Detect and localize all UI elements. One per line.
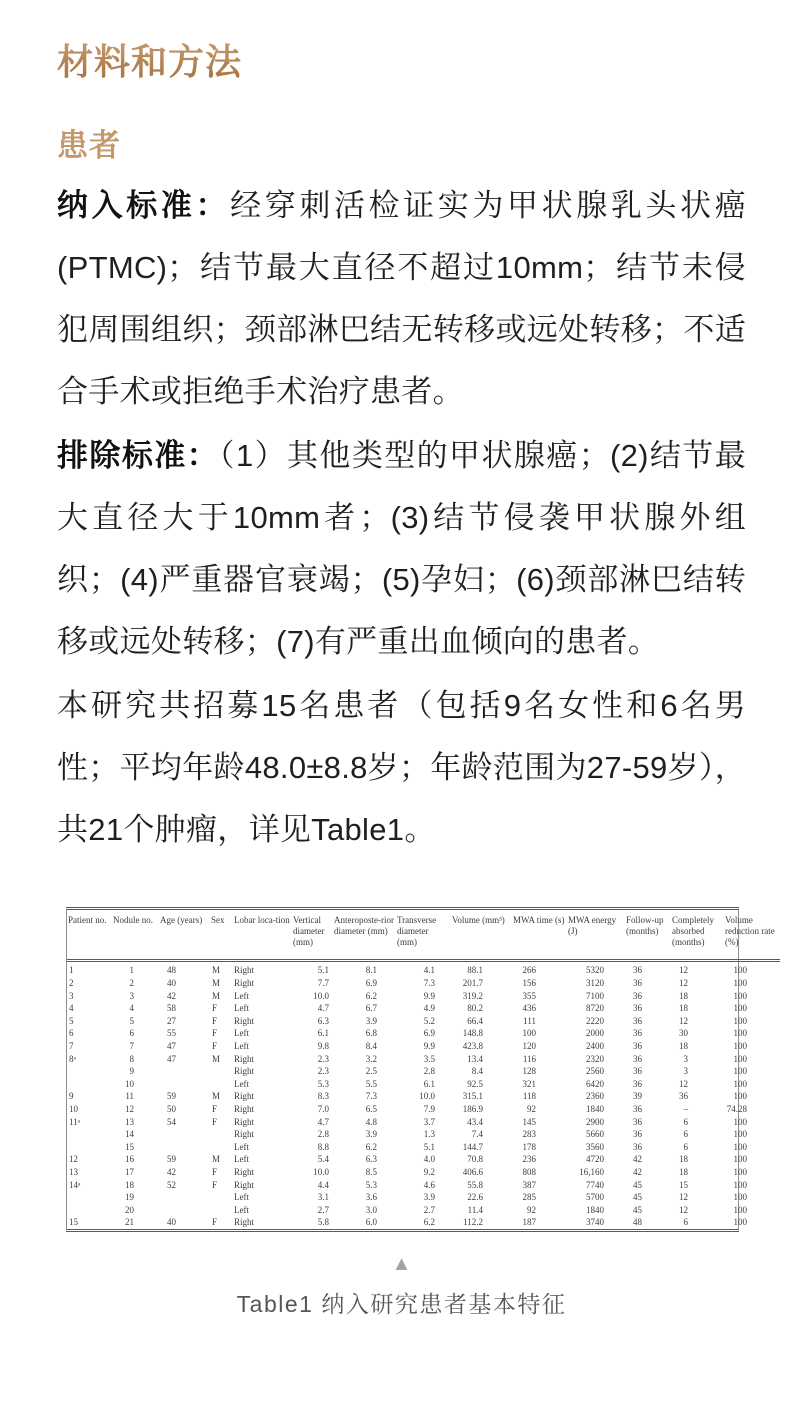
- cell: 5700: [567, 1191, 625, 1204]
- cell: 5.2: [396, 1015, 451, 1028]
- cell: 70.8: [451, 1153, 512, 1166]
- cell: 7.7: [292, 977, 333, 990]
- cell: 10.0: [292, 990, 333, 1003]
- cell: 3.2: [333, 1053, 396, 1066]
- caret-up-icon: ▲: [392, 1253, 412, 1275]
- cell: [67, 1065, 112, 1078]
- cell: 3.6: [333, 1191, 396, 1204]
- cell: 66.4: [451, 1015, 512, 1028]
- cell: 42: [159, 1166, 210, 1179]
- cell: 10.0: [292, 1166, 333, 1179]
- article-page: 材料和方法 患者 纳入标准：经穿刺活检证实为甲状腺乳头状癌(PTMC)；结节最大…: [0, 0, 800, 1319]
- column-header: MWA energy (J): [567, 910, 625, 961]
- cell: 40: [159, 977, 210, 990]
- cell: 7740: [567, 1179, 625, 1192]
- cell: 13: [112, 1116, 159, 1129]
- cell: F: [210, 1116, 233, 1129]
- cell: Right: [233, 1128, 292, 1141]
- cell: 808: [512, 1166, 567, 1179]
- cell: 6.5: [333, 1103, 396, 1116]
- cell: 100: [724, 1078, 780, 1091]
- cell: 3560: [567, 1141, 625, 1154]
- cell: 20: [112, 1204, 159, 1217]
- cell: 3: [67, 990, 112, 1003]
- cell: 42: [159, 990, 210, 1003]
- cell: 100: [724, 1216, 780, 1229]
- cell: 12: [112, 1103, 159, 1116]
- cell: 100: [512, 1027, 567, 1040]
- cell: 45: [625, 1191, 671, 1204]
- cell: F: [210, 1015, 233, 1028]
- cell: 59: [159, 1153, 210, 1166]
- cell: M: [210, 1090, 233, 1103]
- column-header: Completely absorbed (months): [671, 910, 724, 961]
- paragraph-inclusion-criteria: 纳入标准：经穿刺活检证实为甲状腺乳头状癌(PTMC)；结节最大直径不超过10mm…: [57, 175, 746, 423]
- column-header: Follow-up (months): [625, 910, 671, 961]
- cell: 36: [625, 977, 671, 990]
- cell: 43.4: [451, 1116, 512, 1129]
- cell: 6.1: [292, 1027, 333, 1040]
- table-row: 20Left2.73.02.711.49218404512100: [67, 1204, 780, 1217]
- cell: 18: [671, 1153, 724, 1166]
- cell: 36: [625, 1040, 671, 1053]
- table-row: 7747FLeft9.88.49.9423.812024003618100: [67, 1040, 780, 1053]
- cell: 36: [625, 990, 671, 1003]
- cell: 5660: [567, 1128, 625, 1141]
- cell: 319.2: [451, 990, 512, 1003]
- cell: [159, 1141, 210, 1154]
- cell: 1.3: [396, 1128, 451, 1141]
- patients-table: Patient no.Nodule no.Age (years)SexLobar…: [66, 907, 739, 1231]
- table-row: 6655FLeft6.16.86.9148.810020003630100: [67, 1027, 780, 1040]
- cell: 8.8: [292, 1141, 333, 1154]
- cell: 100: [724, 1027, 780, 1040]
- cell: 4.8: [333, 1116, 396, 1129]
- cell: 118: [512, 1090, 567, 1103]
- cell: 11ᵃ: [67, 1116, 112, 1129]
- column-header: Transverse diameter (mm): [396, 910, 451, 961]
- table-row: 5527FRight6.33.95.266.411122203612100: [67, 1015, 780, 1028]
- cell: 6: [671, 1141, 724, 1154]
- cell: 6.1: [396, 1078, 451, 1091]
- cell: 6: [671, 1116, 724, 1129]
- cell: 36: [625, 1103, 671, 1116]
- cell: Right: [233, 1015, 292, 1028]
- cell: 48: [625, 1216, 671, 1229]
- cell: 2320: [567, 1053, 625, 1066]
- table-row: 9Right2.32.52.88.41282560363100: [67, 1065, 780, 1078]
- cell: [210, 1078, 233, 1091]
- cell: 120: [512, 1040, 567, 1053]
- cell: 6.9: [396, 1027, 451, 1040]
- cell: 406.6: [451, 1166, 512, 1179]
- cell: 6: [67, 1027, 112, 1040]
- cell: 50: [159, 1103, 210, 1116]
- cell: 9.8: [292, 1040, 333, 1053]
- cell: 4.4: [292, 1179, 333, 1192]
- cell: 5.3: [292, 1078, 333, 1091]
- cell: 7.9: [396, 1103, 451, 1116]
- cell: 22.6: [451, 1191, 512, 1204]
- cell: Right: [233, 1116, 292, 1129]
- cell: 10: [112, 1078, 159, 1091]
- cell: 12: [671, 977, 724, 990]
- cell: 4.0: [396, 1153, 451, 1166]
- cell: 92: [512, 1103, 567, 1116]
- cell: 285: [512, 1191, 567, 1204]
- cell: 12: [671, 1204, 724, 1217]
- cell: 5.8: [292, 1216, 333, 1229]
- cell: Right: [233, 977, 292, 990]
- cell: 45: [625, 1179, 671, 1192]
- cell: 5.4: [292, 1153, 333, 1166]
- cell: Left: [233, 1191, 292, 1204]
- cell: 3.5: [396, 1053, 451, 1066]
- cell: 148.8: [451, 1027, 512, 1040]
- cell: 2.8: [292, 1128, 333, 1141]
- cell: 5.5: [333, 1078, 396, 1091]
- table-row: 131742FRight10.08.59.2406.680816,1604218…: [67, 1166, 780, 1179]
- cell: 16: [112, 1153, 159, 1166]
- cell: 100: [724, 990, 780, 1003]
- cell: 5.1: [292, 961, 333, 977]
- cell: 5.1: [396, 1141, 451, 1154]
- cell: [67, 1204, 112, 1217]
- cell: 5: [67, 1015, 112, 1028]
- cell: 12: [67, 1153, 112, 1166]
- cell: 236: [512, 1153, 567, 1166]
- table-row: 91159MRight8.37.310.0315.111823603936100: [67, 1090, 780, 1103]
- cell: 14: [112, 1128, 159, 1141]
- column-header: MWA time (s): [512, 910, 567, 961]
- cell: 6: [671, 1216, 724, 1229]
- cell: 3: [671, 1053, 724, 1066]
- cell: 100: [724, 977, 780, 990]
- cell: Right: [233, 961, 292, 977]
- cell: 15: [112, 1141, 159, 1154]
- cell: 9: [112, 1065, 159, 1078]
- table-row: 3342MLeft10.06.29.9319.235571003618100: [67, 990, 780, 1003]
- paragraph-exclusion-criteria: 排除标准：（1）其他类型的甲状腺癌；(2)结节最大直径大于10mm者；(3)结节…: [57, 425, 746, 673]
- cell: Left: [233, 1040, 292, 1053]
- cell: M: [210, 990, 233, 1003]
- cell: 39: [625, 1090, 671, 1103]
- cell: 3.9: [333, 1015, 396, 1028]
- cell: 15: [67, 1216, 112, 1229]
- cell: 59: [159, 1090, 210, 1103]
- cell: 14ᵃ: [67, 1179, 112, 1192]
- cell: [159, 1191, 210, 1204]
- cell: [210, 1065, 233, 1078]
- cell: 100: [724, 961, 780, 977]
- cell: Left: [233, 1078, 292, 1091]
- cell: [67, 1078, 112, 1091]
- cell: 2220: [567, 1015, 625, 1028]
- cell: [159, 1128, 210, 1141]
- cell: 1840: [567, 1103, 625, 1116]
- cell: 8.4: [451, 1065, 512, 1078]
- cell: 2.3: [292, 1053, 333, 1066]
- table-header-row: Patient no.Nodule no.Age (years)SexLobar…: [67, 910, 780, 961]
- subsection-title: 患者: [57, 129, 746, 163]
- cell: 10.0: [396, 1090, 451, 1103]
- cell: 8ᵃ: [67, 1053, 112, 1066]
- cell: 6.3: [333, 1153, 396, 1166]
- cell: 6.2: [396, 1216, 451, 1229]
- cell: 100: [724, 1191, 780, 1204]
- cell: 45: [625, 1204, 671, 1217]
- cell: 40: [159, 1216, 210, 1229]
- cell: 3.1: [292, 1191, 333, 1204]
- cell: 18: [671, 1040, 724, 1053]
- cell: Right: [233, 1053, 292, 1066]
- cell: 100: [724, 1179, 780, 1192]
- cell: 7.0: [292, 1103, 333, 1116]
- cell: 2.8: [396, 1065, 451, 1078]
- cell: 8.5: [333, 1166, 396, 1179]
- cell: 321: [512, 1078, 567, 1091]
- cell: 18: [671, 1166, 724, 1179]
- table-row: 10Left5.35.56.192.532164203612100: [67, 1078, 780, 1091]
- cell: 2.5: [333, 1065, 396, 1078]
- cell: 21: [112, 1216, 159, 1229]
- cell: 13.4: [451, 1053, 512, 1066]
- table-row: 11ᵃ1354FRight4.74.83.743.41452900366100: [67, 1116, 780, 1129]
- cell: F: [210, 1103, 233, 1116]
- cell: 3.9: [396, 1191, 451, 1204]
- cell: 80.2: [451, 1002, 512, 1015]
- cell: 100: [724, 1153, 780, 1166]
- cell: 42: [625, 1153, 671, 1166]
- cell: 4.7: [292, 1002, 333, 1015]
- cell: 11: [112, 1090, 159, 1103]
- cell: 8: [112, 1053, 159, 1066]
- cell: [159, 1065, 210, 1078]
- cell: 100: [724, 1002, 780, 1015]
- cell: M: [210, 1053, 233, 1066]
- cell: 3: [112, 990, 159, 1003]
- cell: 4.9: [396, 1002, 451, 1015]
- cell: 100: [724, 1116, 780, 1129]
- cell: F: [210, 1179, 233, 1192]
- cell: Left: [233, 1141, 292, 1154]
- cell: 36: [625, 1128, 671, 1141]
- cell: 9.9: [396, 990, 451, 1003]
- section-title: 材料和方法: [57, 0, 746, 83]
- cell: 13: [67, 1166, 112, 1179]
- cell: 55.8: [451, 1179, 512, 1192]
- cell: 4.6: [396, 1179, 451, 1192]
- table-row: 15Left8.86.25.1144.71783560366100: [67, 1141, 780, 1154]
- cell: 3740: [567, 1216, 625, 1229]
- cell: 2900: [567, 1116, 625, 1129]
- cell: 92.5: [451, 1078, 512, 1091]
- cell: 8.3: [292, 1090, 333, 1103]
- cell: 1: [67, 961, 112, 977]
- cell: Left: [233, 1153, 292, 1166]
- cell: 436: [512, 1002, 567, 1015]
- cell: 100: [724, 1053, 780, 1066]
- cell: 88.1: [451, 961, 512, 977]
- cell: 100: [724, 1128, 780, 1141]
- cell: 3.0: [333, 1204, 396, 1217]
- cell: 201.7: [451, 977, 512, 990]
- table-caption: Table1 纳入研究患者基本特征: [57, 1286, 746, 1319]
- table-row: 14ᵃ1852FRight4.45.34.655.838777404515100: [67, 1179, 780, 1192]
- cell: Right: [233, 1065, 292, 1078]
- cell: 6.3: [292, 1015, 333, 1028]
- cell: 36: [625, 961, 671, 977]
- cell: 9: [67, 1090, 112, 1103]
- cell: 92: [512, 1204, 567, 1217]
- column-header: Patient no.: [67, 910, 112, 961]
- cell: 100: [724, 1166, 780, 1179]
- cell: 18: [112, 1179, 159, 1192]
- cell: 2560: [567, 1065, 625, 1078]
- cell: Left: [233, 1002, 292, 1015]
- cell: 16,160: [567, 1166, 625, 1179]
- cell: 36: [625, 1053, 671, 1066]
- cell: 6: [671, 1128, 724, 1141]
- cell: 4: [67, 1002, 112, 1015]
- cell: Right: [233, 1179, 292, 1192]
- cell: [159, 1204, 210, 1217]
- cell: 36: [625, 1027, 671, 1040]
- cell: 48: [159, 961, 210, 977]
- cell: 12: [671, 961, 724, 977]
- cell: 7.4: [451, 1128, 512, 1141]
- cell: 6.8: [333, 1027, 396, 1040]
- cell: 6.2: [333, 990, 396, 1003]
- cell: 7100: [567, 990, 625, 1003]
- exclusion-criteria-label: 排除标准：: [57, 438, 219, 473]
- table-row: 8ᵃ847MRight2.33.23.513.41162320363100: [67, 1053, 780, 1066]
- collapse-table-control[interactable]: ▲: [57, 1254, 746, 1276]
- cell: 6.7: [333, 1002, 396, 1015]
- cell: 30: [671, 1027, 724, 1040]
- cell: 8.4: [333, 1040, 396, 1053]
- cell: F: [210, 1027, 233, 1040]
- cell: 36: [625, 1015, 671, 1028]
- column-header: Volume (mm³): [451, 910, 512, 961]
- cell: 42: [625, 1166, 671, 1179]
- cell: 355: [512, 990, 567, 1003]
- table-body: 1148MRight5.18.14.188.126653203612100224…: [67, 961, 780, 1229]
- cell: 315.1: [451, 1090, 512, 1103]
- cell: [67, 1141, 112, 1154]
- cell: Right: [233, 1166, 292, 1179]
- cell: 54: [159, 1116, 210, 1129]
- cell: 112.2: [451, 1216, 512, 1229]
- table-row: 19Left3.13.63.922.628557004512100: [67, 1191, 780, 1204]
- cell: 5: [112, 1015, 159, 1028]
- column-header: Lobar loca-tion: [233, 910, 292, 961]
- cell: 36: [625, 1002, 671, 1015]
- cell: F: [210, 1040, 233, 1053]
- cell: 55: [159, 1027, 210, 1040]
- cell: F: [210, 1002, 233, 1015]
- cell: Left: [233, 1027, 292, 1040]
- cell: 186.9: [451, 1103, 512, 1116]
- cell: 52: [159, 1179, 210, 1192]
- cell: Right: [233, 1103, 292, 1116]
- column-header: Anteroposte-rior diameter (mm): [333, 910, 396, 961]
- cell: 6420: [567, 1078, 625, 1091]
- cell: 116: [512, 1053, 567, 1066]
- cell: 27: [159, 1015, 210, 1028]
- cell: 36: [671, 1090, 724, 1103]
- cell: [210, 1141, 233, 1154]
- cell: F: [210, 1216, 233, 1229]
- cell: 3120: [567, 977, 625, 990]
- cell: [210, 1191, 233, 1204]
- cell: 2360: [567, 1090, 625, 1103]
- cell: 18: [671, 990, 724, 1003]
- table-row: 121659MLeft5.46.34.070.823647204218100: [67, 1153, 780, 1166]
- cell: 7.3: [333, 1090, 396, 1103]
- cell: 36: [625, 1065, 671, 1078]
- inclusion-criteria-label: 纳入标准：: [57, 188, 230, 223]
- cell: 4720: [567, 1153, 625, 1166]
- cell: [210, 1128, 233, 1141]
- cell: 144.7: [451, 1141, 512, 1154]
- cell: 100: [724, 1015, 780, 1028]
- cell: 1: [112, 961, 159, 977]
- cell: 36: [625, 1116, 671, 1129]
- cell: 111: [512, 1015, 567, 1028]
- table-row: 2240MRight7.76.97.3201.715631203612100: [67, 977, 780, 990]
- cell: 7: [112, 1040, 159, 1053]
- cell: 4.7: [292, 1116, 333, 1129]
- cell: 100: [724, 1065, 780, 1078]
- cell: Right: [233, 1216, 292, 1229]
- column-header: Sex: [210, 910, 233, 961]
- cell: 12: [671, 1078, 724, 1091]
- cell: 9.9: [396, 1040, 451, 1053]
- cell: [67, 1128, 112, 1141]
- cell: 6: [112, 1027, 159, 1040]
- cell: [159, 1078, 210, 1091]
- cell: 15: [671, 1179, 724, 1192]
- cell: 1840: [567, 1204, 625, 1217]
- cell: 5320: [567, 961, 625, 977]
- cell: [210, 1204, 233, 1217]
- cell: 18: [671, 1002, 724, 1015]
- column-header: Age (years): [159, 910, 210, 961]
- cell: 6.2: [333, 1141, 396, 1154]
- cell: 128: [512, 1065, 567, 1078]
- paragraph-cohort-summary: 本研究共招募15名患者（包括9名女性和6名男性；平均年龄48.0±8.8岁；年龄…: [57, 675, 746, 861]
- cell: 8.1: [333, 961, 396, 977]
- cell: 4: [112, 1002, 159, 1015]
- cell: 74.28: [724, 1103, 780, 1116]
- cell: 2400: [567, 1040, 625, 1053]
- cell: 36: [625, 1141, 671, 1154]
- cohort-summary-text: 本研究共招募15名患者（包括9名女性和6名男性；平均年龄48.0±8.8岁；年龄…: [57, 688, 746, 847]
- cell: 100: [724, 1204, 780, 1217]
- cell: 2: [112, 977, 159, 990]
- cell: 11.4: [451, 1204, 512, 1217]
- cell: 58: [159, 1002, 210, 1015]
- patients-table-grid: Patient no.Nodule no.Age (years)SexLobar…: [67, 910, 780, 1228]
- cell: 7: [67, 1040, 112, 1053]
- cell: 6.9: [333, 977, 396, 990]
- cell: [67, 1191, 112, 1204]
- cell: 47: [159, 1053, 210, 1066]
- cell: 17: [112, 1166, 159, 1179]
- cell: 3: [671, 1065, 724, 1078]
- table-row: 1148MRight5.18.14.188.126653203612100: [67, 961, 780, 977]
